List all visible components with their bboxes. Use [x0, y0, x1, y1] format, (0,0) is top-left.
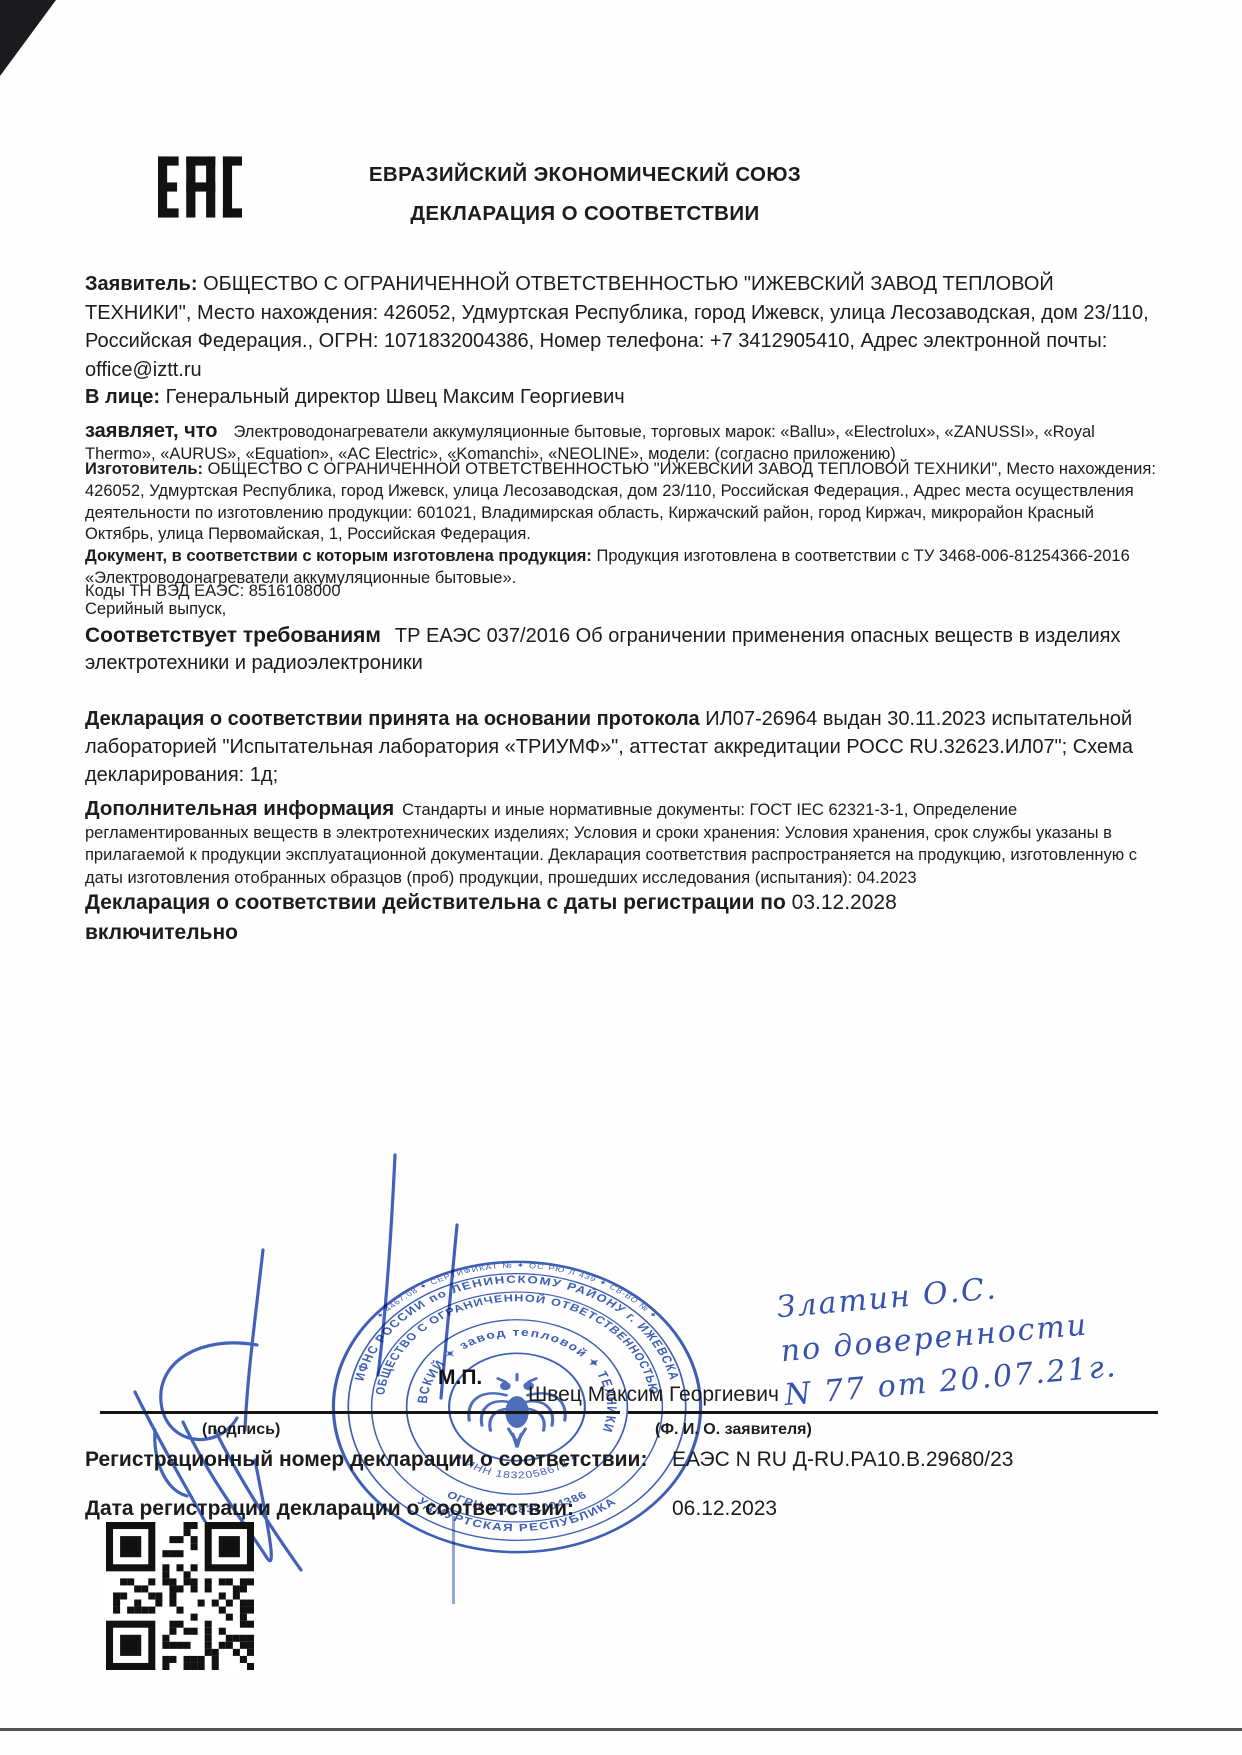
- signature-caption: (подпись): [202, 1421, 280, 1439]
- product-document-label: Документ, в соответствии с которым изгот…: [85, 547, 592, 565]
- in-person-text: Генеральный директор Швец Максим Георгие…: [166, 386, 625, 408]
- serial-line: Серийный выпуск,: [85, 599, 1162, 621]
- additional-paragraph: Дополнительная информацияСтандарты и ины…: [85, 798, 1162, 889]
- name-line: [628, 1411, 1158, 1414]
- additional-label: Дополнительная информация: [85, 797, 394, 820]
- manufacturer-paragraph: Изготовитель: ОБЩЕСТВО С ОГРАНИЧЕННОЙ ОТ…: [85, 459, 1162, 546]
- basis-label: Декларация о соответствии принята на осн…: [85, 708, 700, 730]
- manufacturer-label: Изготовитель:: [85, 460, 203, 478]
- stamp-ink-smear: [452, 1516, 455, 1604]
- stamp-place-mark: М.П.: [438, 1366, 482, 1390]
- name-caption: (Ф. И. О. заявителя): [655, 1421, 812, 1439]
- validity-suffix: включительно: [85, 921, 238, 944]
- signer-name: Швец Максим Георгиевич: [528, 1383, 779, 1407]
- manufacturer-text: ОБЩЕСТВО С ОГРАНИЧЕННОЙ ОТВЕТСТВЕННОСТЬЮ…: [85, 460, 1156, 543]
- basis-paragraph: Декларация о соответствии принята на осн…: [85, 705, 1162, 789]
- page-bottom-rule: [0, 1728, 1242, 1731]
- registration-date-value: 06.12.2023: [672, 1497, 777, 1521]
- applicant-paragraph: Заявитель: ОБЩЕСТВО С ОГРАНИЧЕННОЙ ОТВЕТ…: [85, 270, 1162, 384]
- registration-number-value: ЕАЭС N RU Д-RU.РА10.В.29680/23: [672, 1448, 1013, 1472]
- doc-title: ДЕКЛАРАЦИЯ О СООТВЕТСТВИИ: [85, 202, 1085, 226]
- applicant-label: Заявитель:: [85, 273, 198, 295]
- union-title: ЕВРАЗИЙСКИЙ ЭКОНОМИЧЕСКИЙ СОЮЗ: [85, 163, 1085, 187]
- registration-number-label: Регистрационный номер декларации о соотв…: [85, 1448, 647, 1472]
- in-person-paragraph: В лице: Генеральный директор Швец Максим…: [85, 383, 1162, 412]
- compliance-label: Соответствует требованиям: [85, 624, 381, 647]
- compliance-paragraph: Соответствует требованиямТР ЕАЭС 037/201…: [85, 622, 1162, 677]
- in-person-label: В лице:: [85, 386, 160, 408]
- applicant-text: ОБЩЕСТВО С ОГРАНИЧЕННОЙ ОТВЕТСТВЕННОСТЬЮ…: [85, 273, 1149, 381]
- qr-code: [106, 1522, 254, 1670]
- validity-paragraph: Декларация о соответствии действительна …: [85, 888, 1162, 948]
- validity-label: Декларация о соответствии действительна …: [85, 891, 786, 914]
- registration-date-label: Дата регистрации декларации о соответств…: [85, 1497, 574, 1521]
- declares-label: заявляет, что: [85, 420, 218, 442]
- declaration-document-page: ЕВРАЗИЙСКИЙ ЭКОНОМИЧЕСКИЙ СОЮЗ ДЕКЛАРАЦИ…: [0, 0, 1242, 1755]
- signature-line: [100, 1411, 620, 1414]
- handwritten-note: Златин О.С. по доверенности N 77 от 20.0…: [775, 1250, 1205, 1418]
- validity-date: 03.12.2028: [792, 891, 897, 914]
- declares-text: Электроводонагреватели аккумуляционные б…: [85, 423, 1095, 463]
- scan-corner-artifact: [0, 0, 56, 76]
